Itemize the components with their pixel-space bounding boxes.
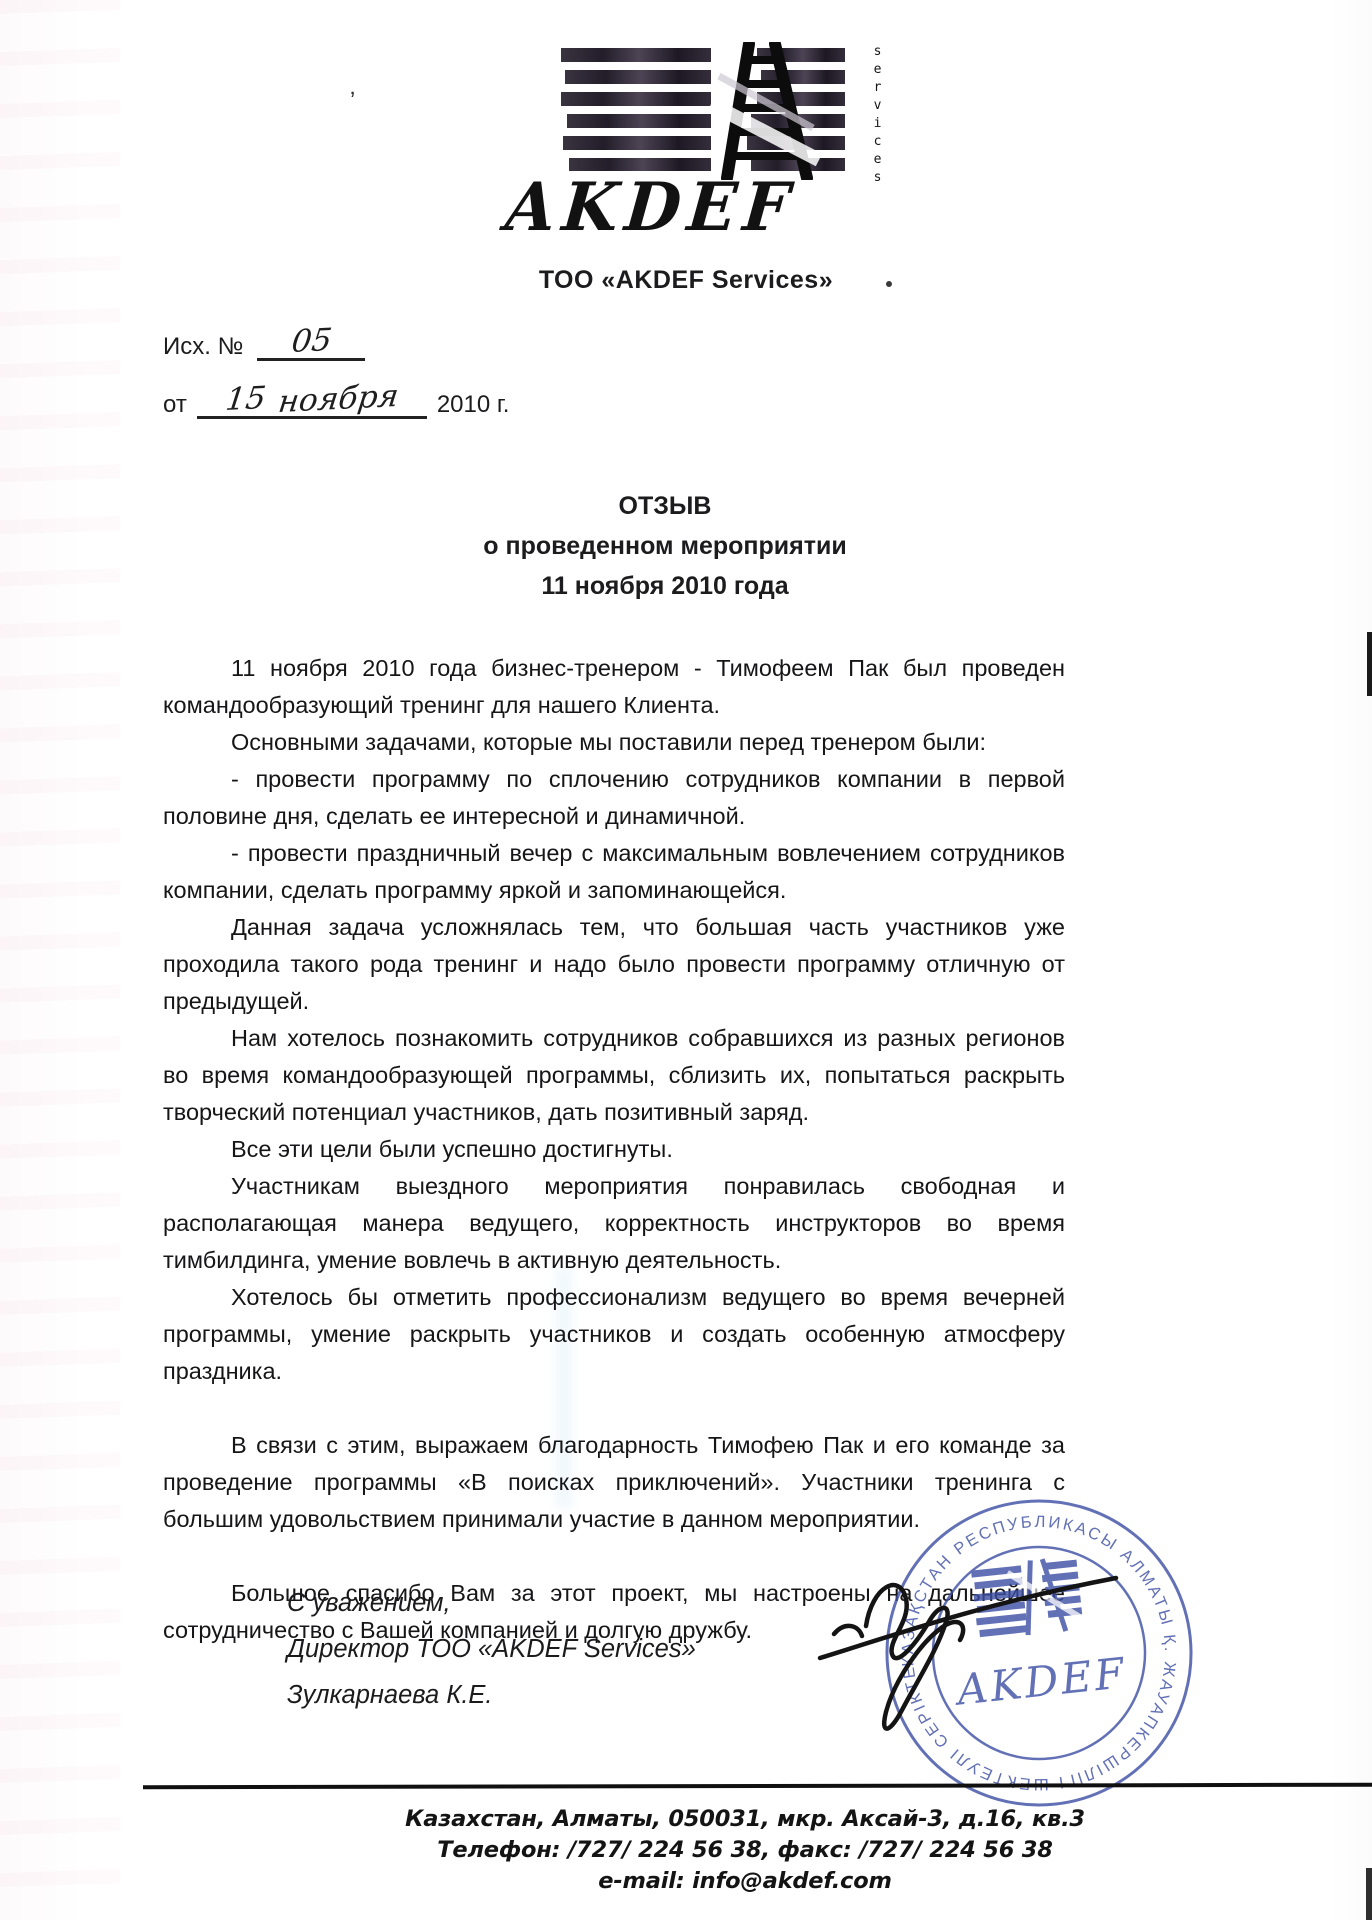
reference-date-row: от15 ноября2010 г. [163, 384, 509, 442]
document-title: ОТЗЫВ о проведенном мероприятии 11 ноябр… [0, 486, 1330, 606]
reference-number-handwritten: 05 [290, 325, 333, 357]
logo-wordmark: AKDEF [503, 169, 800, 247]
paragraph: - провести праздничный вечер с максималь… [163, 835, 1065, 909]
logo-graphic-wrap: services [551, 42, 881, 180]
title-line-2: о проведенном мероприятии [0, 526, 1330, 566]
reference-number-line: 05 [257, 326, 365, 361]
date-month-handwritten: ноября [276, 381, 400, 417]
signature-block: С уважением, Директор ТОО «AKDEF Service… [287, 1580, 696, 1718]
company-name-heading: ТОО «AKDEF Services» [0, 266, 1372, 295]
title-line-3: 11 ноября 2010 года [0, 566, 1330, 606]
signature-salutation: С уважением, [287, 1580, 696, 1626]
reference-number-row: Исх. №05 [163, 326, 509, 384]
date-day-handwritten: 15 [224, 383, 267, 415]
signature-position: Директор ТОО «AKDEF Services» [287, 1626, 696, 1672]
logo-ladder-icon [551, 42, 881, 180]
footer-contact-block: Казахстан, Алматы, 050031, мкр. Аксай-3,… [118, 1804, 1372, 1897]
paragraph: Нам хотелось познакомить сотрудников соб… [163, 1020, 1065, 1131]
paragraph: - провести программу по сплочению сотруд… [163, 761, 1065, 835]
company-logo: services AKDEF [0, 42, 1372, 245]
paragraph: Участникам выездного мероприятия понрави… [163, 1168, 1065, 1279]
logo-services-vertical-text: services [870, 44, 885, 178]
paragraph: Основными задачами, которые мы поставили… [163, 724, 1065, 761]
reference-date-line: 15 ноября [197, 384, 427, 419]
signature-name: Зулкарнаева К.Е. [287, 1672, 696, 1718]
footer-email: e-mail: info@akdef.com [118, 1866, 1372, 1897]
reference-block: Исх. №05 от15 ноября2010 г. [163, 326, 509, 442]
scan-edge-artifact [1367, 632, 1372, 696]
reference-number-label: Исх. № [163, 333, 243, 360]
paragraph: Данная задача усложнялась тем, что больш… [163, 909, 1065, 1020]
director-autograph [800, 1538, 1136, 1734]
footer-address: Казахстан, Алматы, 050031, мкр. Аксай-3,… [118, 1804, 1372, 1835]
paragraph: Хотелось бы отметить профессионализм вед… [163, 1279, 1065, 1390]
paragraph: 11 ноября 2010 года бизнес-тренером - Ти… [163, 650, 1065, 724]
reference-date-suffix: 2010 г. [437, 391, 510, 418]
reference-date-prefix: от [163, 391, 187, 418]
paragraph: Все эти цели были успешно достигнуты. [163, 1131, 1065, 1168]
scanned-letter-page: ʼ [0, 0, 1372, 1920]
title-line-1: ОТЗЫВ [0, 486, 1330, 526]
footer-phone-fax: Телефон: /727/ 224 56 38, факс: /727/ 22… [118, 1835, 1372, 1866]
